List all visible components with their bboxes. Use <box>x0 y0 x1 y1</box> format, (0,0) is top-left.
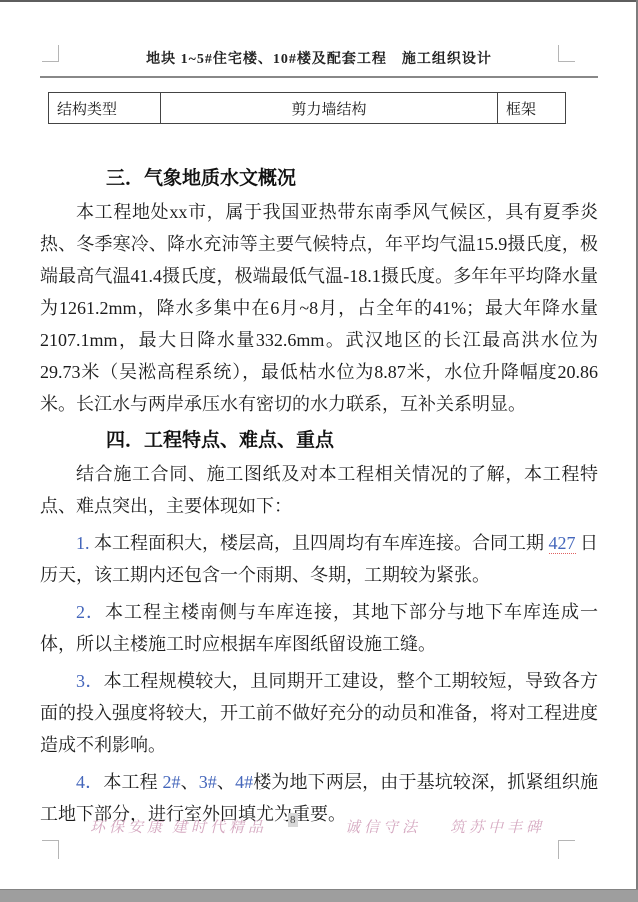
structure-type-table: 结构类型 剪力墙结构 框架 <box>48 92 566 124</box>
document-body: 三．气象地质水文概况 本工程地处xx市，属于我国亚热带东南季风气候区，具有夏季炎… <box>40 168 598 835</box>
list-item-1-number: 1. <box>76 533 90 553</box>
list-item-4-text-pre: 本工程 <box>103 772 162 792</box>
page-top-edge <box>0 0 638 2</box>
building-4-label: 4# <box>235 772 253 792</box>
list-item-1: 1. 本工程面积大，楼层高，且四周均有车库连接。合同工期 427 日历天，该工期… <box>40 527 598 591</box>
list-item-2-text: 本工程主楼南侧与车库连接，其地下部分与地下车库连成一体，所以主楼施工时应根据车库… <box>40 602 598 654</box>
table-cell-shear-wall: 剪力墙结构 <box>161 93 498 123</box>
list-item-3-text: 本工程规模较大，且同期开工建设，整个工期较短，导致各方面的投入强度将较大，开工前… <box>40 671 598 755</box>
page-number-field: 8 <box>288 813 298 827</box>
footer-watermark-slogan-4: 筑苏中丰碑 <box>450 816 545 837</box>
section-heading-features: 四．工程特点、难点、重点 <box>40 430 598 452</box>
paragraph-climate: 本工程地处xx市，属于我国亚热带东南季风气候区，具有夏季炎热、冬季寒冷、降水充沛… <box>40 196 598 420</box>
header-rule <box>40 76 598 78</box>
list-item-2-number: 2． <box>76 602 105 622</box>
list-item-2: 2．本工程主楼南侧与车库连接，其地下部分与地下车库连成一体，所以主楼施工时应根据… <box>40 596 598 660</box>
building-2-label: 2# <box>162 772 180 792</box>
page-bottom-edge <box>0 889 638 902</box>
table-cell-frame: 框架 <box>498 93 567 123</box>
table-cell-structure-label: 结构类型 <box>49 93 161 123</box>
document-page: 地块 1~5#住宅楼、10#楼及配套工程 施工组织设计 结构类型 剪力墙结构 框… <box>0 0 638 902</box>
footer-watermark-slogan-1: 环保安康 <box>90 816 166 837</box>
list-item-4-number: 4． <box>76 772 103 792</box>
list-item-3: 3．本工程规模较大，且同期开工建设，整个工期较短，导致各方面的投入强度将较大，开… <box>40 665 598 761</box>
footer-watermark-slogan-2: 建时代精品 <box>172 816 267 837</box>
corner-mark-bottom-right <box>558 840 575 859</box>
building-3-label: 3# <box>199 772 217 792</box>
paragraph-features-intro: 结合施工合同、施工图纸及对本工程相关情况的了解，本工程特点、难点突出，主要体现如… <box>40 458 598 522</box>
contract-duration-value: 427 <box>549 533 576 554</box>
list-item-1-text-pre: 本工程面积大，楼层高，且四周均有车库连接。合同工期 <box>90 533 549 553</box>
separator-2: 、 <box>217 772 235 792</box>
document-header-title: 地块 1~5#住宅楼、10#楼及配套工程 施工组织设计 <box>0 48 638 68</box>
corner-mark-bottom-left <box>42 840 59 859</box>
separator-1: 、 <box>180 772 198 792</box>
section-heading-climate: 三．气象地质水文概况 <box>40 168 598 190</box>
list-item-3-number: 3． <box>76 671 104 691</box>
footer-watermark-slogan-3: 诚信守法 <box>345 816 421 837</box>
